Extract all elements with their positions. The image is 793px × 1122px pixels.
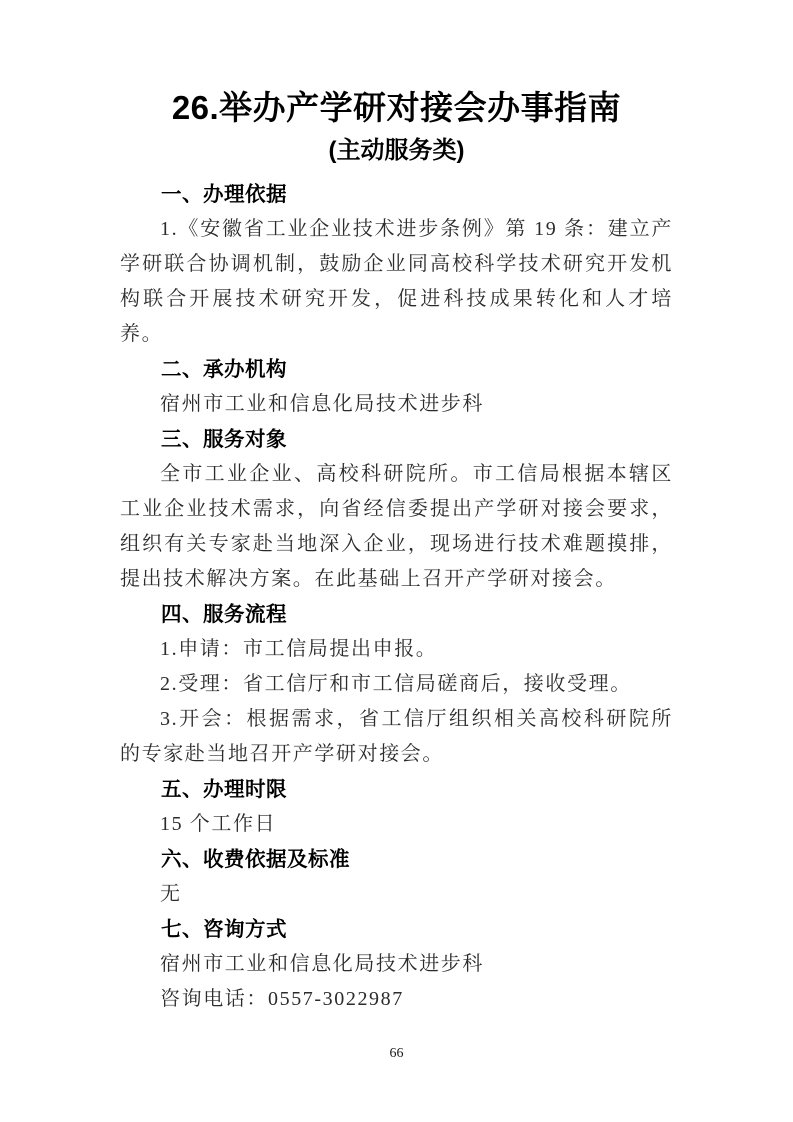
paragraph: 宿州市工业和信息化局技术进步科 <box>120 387 673 422</box>
page-title: 26.举办产学研对接会办事指南 <box>120 86 673 131</box>
paragraph: 咨询电话：0557-3022987 <box>120 982 673 1017</box>
section-time-limit: 五、办理时限 15 个工作日 <box>120 772 673 842</box>
document-page: 26.举办产学研对接会办事指南 (主动服务类) 一、办理依据 1.《安徽省工业企… <box>0 0 793 1122</box>
page-subtitle: (主动服务类) <box>120 137 673 166</box>
page-number: 66 <box>390 1046 404 1061</box>
section-heading: 七、咨询方式 <box>120 912 673 947</box>
section-heading: 二、承办机构 <box>120 352 673 387</box>
paragraph: 1.《安徽省工业企业技术进步条例》第 19 条：建立产学研联合协调机制，鼓励企业… <box>120 212 673 352</box>
section-heading: 五、办理时限 <box>120 772 673 807</box>
section-heading: 三、服务对象 <box>120 422 673 457</box>
section-heading: 一、办理依据 <box>120 177 673 212</box>
paragraph: 15 个工作日 <box>120 807 673 842</box>
paragraph: 宿州市工业和信息化局技术进步科 <box>120 947 673 982</box>
paragraph: 2.受理：省工信厅和市工信局磋商后，接收受理。 <box>120 667 673 702</box>
section-basis: 一、办理依据 1.《安徽省工业企业技术进步条例》第 19 条：建立产学研联合协调… <box>120 177 673 352</box>
page-footer: 66 <box>0 1044 793 1062</box>
section-undertaking-agency: 二、承办机构 宿州市工业和信息化局技术进步科 <box>120 352 673 422</box>
paragraph: 1.申请：市工信局提出申报。 <box>120 632 673 667</box>
paragraph: 无 <box>120 877 673 912</box>
section-heading: 六、收费依据及标准 <box>120 842 673 877</box>
section-service-process: 四、服务流程 1.申请：市工信局提出申报。 2.受理：省工信厅和市工信局磋商后，… <box>120 597 673 772</box>
section-heading: 四、服务流程 <box>120 597 673 632</box>
section-service-target: 三、服务对象 全市工业企业、高校科研院所。市工信局根据本辖区工业企业技术需求，向… <box>120 422 673 597</box>
paragraph: 全市工业企业、高校科研院所。市工信局根据本辖区工业企业技术需求，向省经信委提出产… <box>120 457 673 597</box>
section-fees: 六、收费依据及标准 无 <box>120 842 673 912</box>
section-contact: 七、咨询方式 宿州市工业和信息化局技术进步科 咨询电话：0557-3022987 <box>120 912 673 1017</box>
paragraph: 3.开会：根据需求，省工信厅组织相关高校科研院所的专家赴当地召开产学研对接会。 <box>120 702 673 772</box>
